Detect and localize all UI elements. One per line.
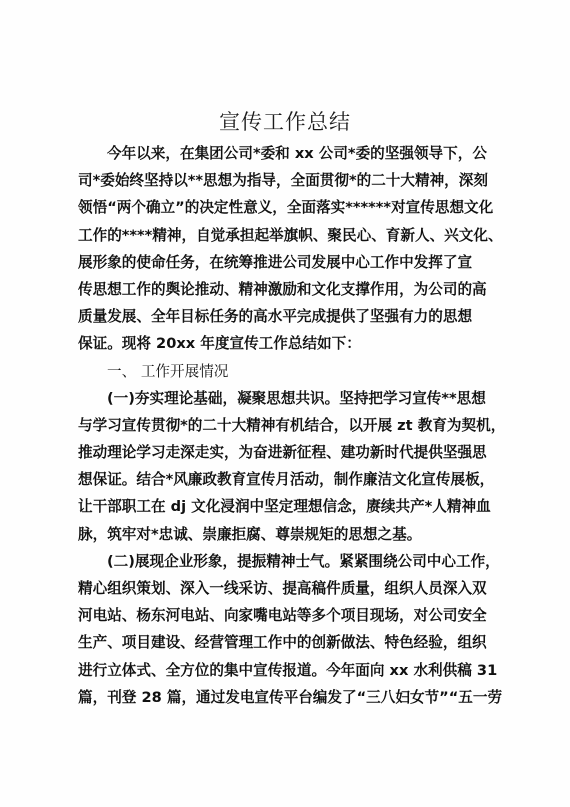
text-line: 篇，刊登 28 篇，通过发电宣传平台编发了“三八妇女节”“五一劳 (78, 684, 458, 711)
text-line: 今年以来，在集团公司*委和 xx 公司*委的坚强领导下，公 (78, 140, 458, 167)
text-line: 传思想工作的舆论推动、精神激励和文化支撑作用，为公司的高 (78, 276, 458, 303)
text-line: (一)夯实理论基础，凝聚思想共识。坚持把学习宣传**思想 (78, 385, 458, 412)
text-line: 领悟“两个确立”的决定性意义，全面落实******对宣传思想文化 (78, 194, 458, 221)
text-line: 河电站、杨东河电站、向家嘴电站等多个项目现场，对公司安全 (78, 602, 458, 629)
text-line: 保证。现将 20xx 年度宣传工作总结如下： (78, 330, 458, 357)
document-page: 宣传工作总结 今年以来，在集团公司*委和 xx 公司*委的坚强领导下，公 司*委… (0, 0, 570, 807)
text-line: 质量发展、全年目标任务的高水平完成提供了坚强有力的思想 (78, 303, 458, 330)
text-line: 司*委始终坚持以**思想为指导，全面贯彻*的二十大精神，深刻 (78, 167, 458, 194)
text-line: 进行立体式、全方位的集中宣传报道。今年面向 xx 水利供稿 31 (78, 657, 458, 684)
section-heading: 一、 工作开展情况 (78, 358, 458, 385)
text-line: 脉，筑牢对*忠诚、崇廉拒腐、尊崇规矩的思想之基。 (78, 521, 458, 548)
document-body: 今年以来，在集团公司*委和 xx 公司*委的坚强领导下，公 司*委始终坚持以**… (78, 140, 458, 711)
text-line: (二)展现企业形象，提振精神士气。紧紧围绕公司中心工作， (78, 548, 458, 575)
text-line: 与学习宣传贯彻*的二十大精神有机结合，以开展 zt 教育为契机， (78, 412, 458, 439)
paragraph-intro: 今年以来，在集团公司*委和 xx 公司*委的坚强领导下，公 司*委始终坚持以**… (78, 140, 458, 358)
document-title: 宣传工作总结 (0, 106, 570, 136)
text-line: 推动理论学习走深走实，为奋进新征程、建功新时代提供坚强思 (78, 439, 458, 466)
text-line: 展形象的使命任务，在统筹推进公司发展中心工作中发挥了宣 (78, 249, 458, 276)
text-line: 想保证。结合*风廉政教育宣传月活动，制作廉洁文化宣传展板， (78, 466, 458, 493)
text-line: 精心组织策划、深入一线采访、提高稿件质量，组织人员深入双 (78, 575, 458, 602)
paragraph-subsection-2: (二)展现企业形象，提振精神士气。紧紧围绕公司中心工作， 精心组织策划、深入一线… (78, 548, 458, 711)
text-line: 工作的****精神，自觉承担起举旗帜、聚民心、育新人、兴文化、 (78, 222, 458, 249)
paragraph-subsection-1: (一)夯实理论基础，凝聚思想共识。坚持把学习宣传**思想 与学习宣传贯彻*的二十… (78, 385, 458, 548)
text-line: 生产、项目建设、经营管理工作中的创新做法、特色经验，组织 (78, 629, 458, 656)
text-line: 让干部职工在 dj 文化浸润中坚定理想信念，赓续共产*人精神血 (78, 493, 458, 520)
